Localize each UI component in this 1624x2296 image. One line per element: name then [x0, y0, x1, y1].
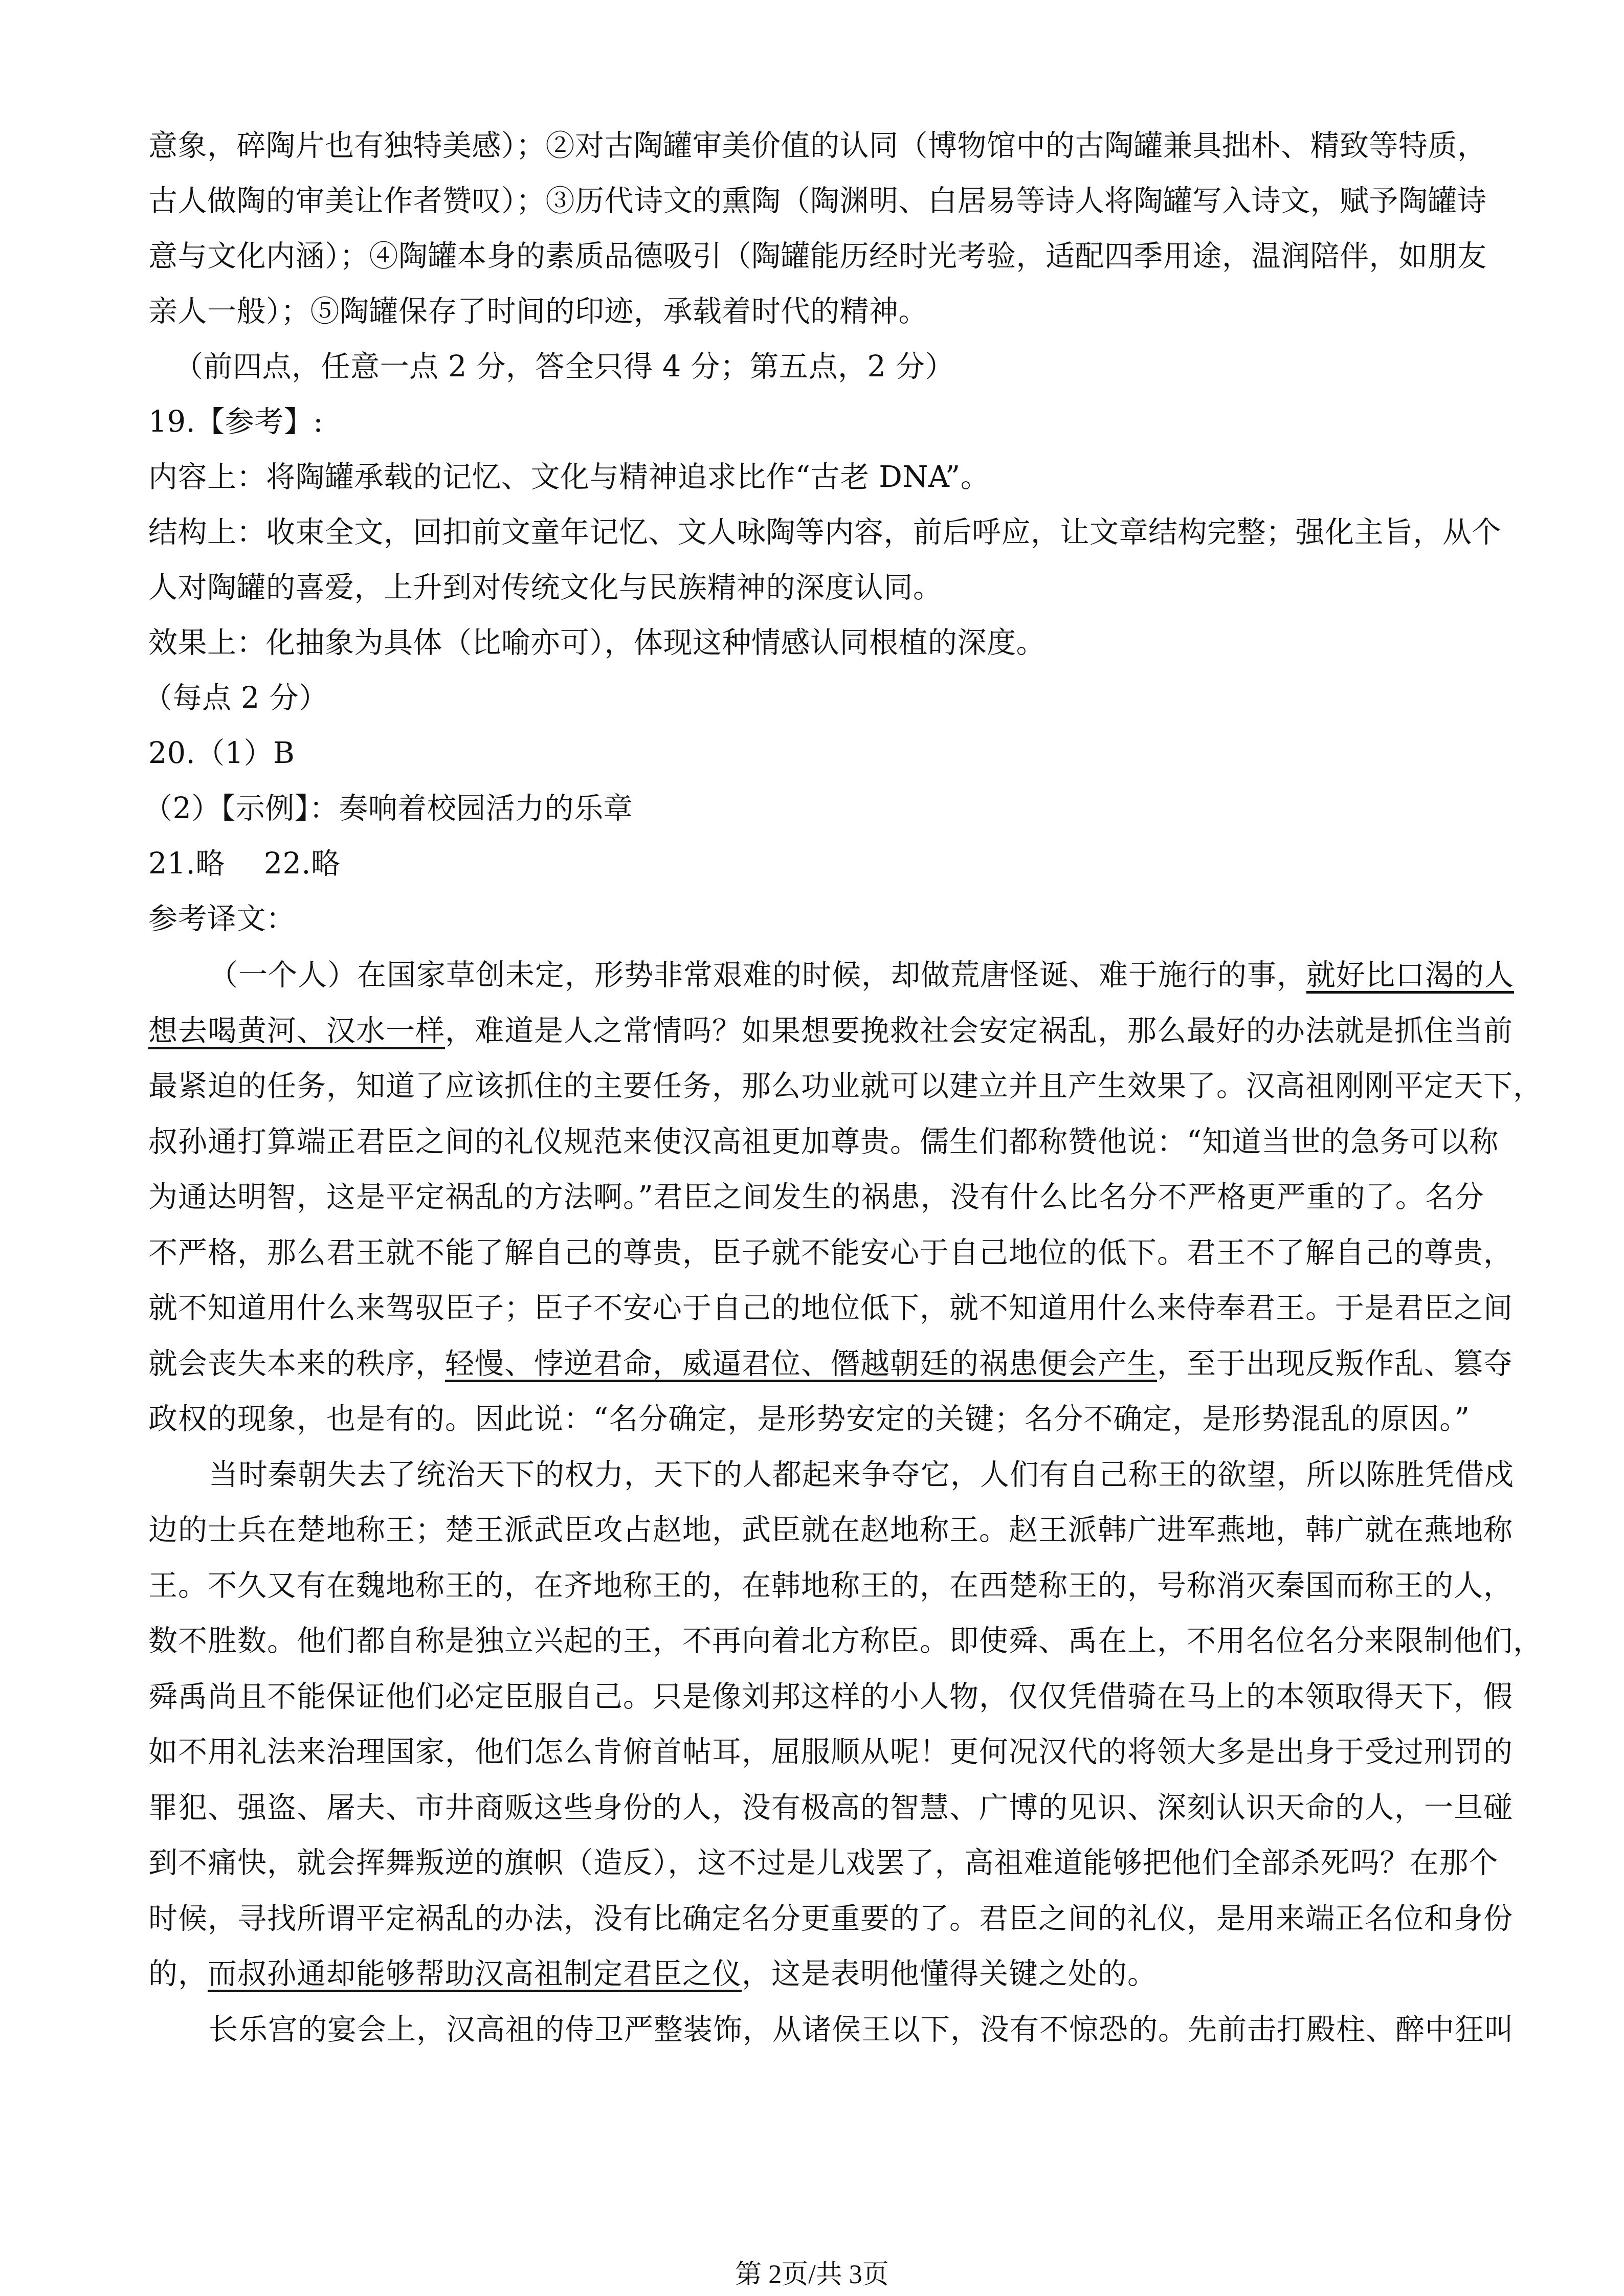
- q18-scoring-note: （前四点，任意一点 2 分，答全只得 4 分；第五点，2 分）: [174, 349, 1504, 385]
- text-segment: ，至于出现反叛作乱、篡夺: [1157, 1347, 1513, 1381]
- translation-p1-line: 为通达明智，这是平定祸乱的方法啊。”君臣之间发生的祸患，没有什么比名分不严格更严…: [148, 1179, 1478, 1215]
- q19-structure-line-2: 人对陶罐的喜爱，上升到对传统文化与民族精神的深度认同。: [148, 570, 1478, 605]
- translation-p1-line: 政权的现象，也是有的。因此说：“名分确定，是形势安定的关键；名分不确定，是形势混…: [148, 1401, 1478, 1437]
- underlined-key-sentence: 而叔孙通却能够帮助汉高祖制定君臣之仪: [208, 1957, 742, 1991]
- translation-p2-line: 如不用礼法来治理国家，他们怎么肯俯首帖耳，屈服顺从呢！更何况汉代的将领大多是出身…: [148, 1734, 1478, 1770]
- q18-answer-line-4: 亲人一般）；⑤陶罐保存了时间的印迹，承载着时代的精神。: [148, 294, 1478, 329]
- q19-structure-line-1: 结构上：收束全文，回扣前文童年记忆、文人咏陶等内容，前后呼应，让文章结构完整；强…: [148, 514, 1478, 550]
- text-segment: 边的士兵在楚地称王；楚王派武臣攻占赵地，武臣就在赵地称王。赵王派韩广进军燕地，韩…: [148, 1513, 1513, 1547]
- underlined-key-sentence: 轻慢、悖逆君命，威逼君位、僭越朝廷的祸患便会产生: [445, 1347, 1157, 1381]
- text-segment: 就不知道用什么来驾驭臣子；臣子不安心于自己的地位低下，就不知道用什么来侍奉君王。…: [148, 1291, 1513, 1325]
- translation-p2-line: 罪犯、强盗、屠夫、市井商贩这些身份的人，没有极高的智慧、广博的见识、深刻认识天命…: [148, 1790, 1478, 1826]
- text-segment: 罪犯、强盗、屠夫、市井商贩这些身份的人，没有极高的智慧、广博的见识、深刻认识天命…: [148, 1791, 1513, 1825]
- text-segment: 为通达明智，这是平定祸乱的方法啊。”君臣之间发生的祸患，没有什么比名分不严格更严…: [148, 1180, 1484, 1214]
- q20-part1: 20.（1）B: [148, 735, 1478, 771]
- q19-content: 内容上：将陶罐承载的记忆、文化与精神追求比作“古老 DNA”。: [148, 459, 1478, 495]
- translation-heading: 参考译文：: [148, 901, 1478, 937]
- text-segment: 王。不久又有在魏地称王的，在齐地称王的，在韩地称王的，在西楚称王的，号称消灭秦国…: [148, 1569, 1513, 1603]
- text-segment: 到不痛快，就会挥舞叛逆的旗帜（造反），这不过是儿戏罢了，高祖难道能够把他们全部杀…: [148, 1846, 1499, 1880]
- translation-p2-line: 舜禹尚且不能保证他们必定臣服自己。只是像刘邦这样的小人物，仅仅凭借骑在马上的本领…: [148, 1679, 1478, 1715]
- translation-p2-line: 时候，寻找所谓平定祸乱的办法，没有比确定名分更重要的了。君臣之间的礼仪，是用来端…: [148, 1901, 1478, 1937]
- translation-p1-line: 不严格，那么君王就不能了解自己的尊贵，臣子就不能安心于自己地位的低下。君王不了解…: [148, 1235, 1478, 1271]
- text-segment: 舜禹尚且不能保证他们必定臣服自己。只是像刘邦这样的小人物，仅仅凭借骑在马上的本领…: [148, 1680, 1513, 1714]
- translation-p1-line: 叔孙通打算端正君臣之间的礼仪规范来使汉高祖更加尊贵。儒生们都称赞他说：“知道当世…: [148, 1124, 1478, 1160]
- q21-q22: 21.略 22.略: [148, 846, 1478, 882]
- translation-p2-line: 的，而叔孙通却能够帮助汉高祖制定君臣之仪，这是表明他懂得关键之处的。: [148, 1956, 1478, 1992]
- text-segment: 不严格，那么君王就不能了解自己的尊贵，臣子就不能安心于自己地位的低下。君王不了解…: [148, 1236, 1513, 1270]
- translation-p1-line: （一个人）在国家草创未定，形势非常艰难的时候，却做荒唐怪诞、难于施行的事，就好比…: [209, 957, 1478, 993]
- q19-scoring-note: （每点 2 分）: [143, 680, 1473, 716]
- text-segment: 时候，寻找所谓平定祸乱的办法，没有比确定名分更重要的了。君臣之间的礼仪，是用来端…: [148, 1902, 1513, 1935]
- translation-p2-line: 王。不久又有在魏地称王的，在齐地称王的，在韩地称王的，在西楚称王的，号称消灭秦国…: [148, 1568, 1478, 1604]
- q19-heading: 19.【参考】:: [148, 404, 1478, 440]
- translation-p1-line: 最紧迫的任务，知道了应该抓住的主要任务，那么功业就可以建立并且产生效果了。汉高祖…: [148, 1068, 1478, 1104]
- text-segment: 政权的现象，也是有的。因此说：“名分确定，是形势安定的关键；名分不确定，是形势混…: [148, 1402, 1470, 1436]
- text-segment: 当时秦朝失去了统治天下的权力，天下的人都起来争夺它，人们有自己称王的欲望，所以陈…: [209, 1458, 1514, 1492]
- text-segment: 叔孙通打算端正君臣之间的礼仪规范来使汉高祖更加尊贵。儒生们都称赞他说：“知道当世…: [148, 1125, 1499, 1159]
- text-segment: 最紧迫的任务，知道了应该抓住的主要任务，那么功业就可以建立并且产生效果了。汉高祖…: [148, 1069, 1543, 1103]
- text-segment: ，难道是人之常情吗？如果想要挽救社会安定祸乱，那么最好的办法就是抓住当前: [445, 1014, 1513, 1048]
- translation-p3-line: 长乐宫的宴会上，汉高祖的侍卫严整装饰，从诸侯王以下，没有不惊恐的。先前击打殿柱、…: [209, 2012, 1478, 2047]
- document-page: 意象，碎陶片也有独特美感）；②对古陶罐审美价值的认同（博物馆中的古陶罐兼具拙朴、…: [0, 0, 1624, 2296]
- translation-p1-line: 就不知道用什么来驾驭臣子；臣子不安心于自己的地位低下，就不知道用什么来侍奉君王。…: [148, 1290, 1478, 1326]
- text-segment: 长乐宫的宴会上，汉高祖的侍卫严整装饰，从诸侯王以下，没有不惊恐的。先前击打殿柱、…: [209, 2013, 1514, 2046]
- translation-p2-line: 数不胜数。他们都自称是独立兴起的王，不再向着北方称臣。即使舜、禹在上，不用名位名…: [148, 1623, 1478, 1659]
- underlined-key-sentence: 想去喝黄河、汉水一样: [148, 1014, 445, 1048]
- text-segment: 如不用礼法来治理国家，他们怎么肯俯首帖耳，屈服顺从呢！更何况汉代的将领大多是出身…: [148, 1735, 1513, 1769]
- page-footer: 第 2页/共 3页: [0, 2253, 1624, 2291]
- text-segment: （一个人）在国家草创未定，形势非常艰难的时候，却做荒唐怪诞、难于施行的事，: [209, 958, 1306, 992]
- text-segment: ，这是表明他懂得关键之处的。: [742, 1957, 1157, 1991]
- q18-answer-line-3: 意与文化内涵）；④陶罐本身的素质品德吸引（陶罐能历经时光考验，适配四季用途，温润…: [148, 238, 1478, 274]
- translation-p1-line: 就会丧失本来的秩序，轻慢、悖逆君命，威逼君位、僭越朝廷的祸患便会产生，至于出现反…: [148, 1346, 1478, 1382]
- q19-effect: 效果上：化抽象为具体（比喻亦可），体现这种情感认同根植的深度。: [148, 625, 1478, 661]
- q20-part2: （2）【示例】：奏响着校园活力的乐章: [143, 791, 1473, 826]
- translation-p2-line: 当时秦朝失去了统治天下的权力，天下的人都起来争夺它，人们有自己称王的欲望，所以陈…: [209, 1457, 1478, 1493]
- translation-p2-line: 边的士兵在楚地称王；楚王派武臣攻占赵地，武臣就在赵地称王。赵王派韩广进军燕地，韩…: [148, 1512, 1478, 1548]
- translation-p1-line: 想去喝黄河、汉水一样，难道是人之常情吗？如果想要挽救社会安定祸乱，那么最好的办法…: [148, 1013, 1478, 1049]
- text-segment: 就会丧失本来的秩序，: [148, 1347, 445, 1381]
- q18-answer-line-1: 意象，碎陶片也有独特美感）；②对古陶罐审美价值的认同（博物馆中的古陶罐兼具拙朴、…: [148, 128, 1478, 164]
- underlined-key-sentence: 就好比口渴的人: [1306, 958, 1514, 992]
- text-segment: 的，: [148, 1957, 208, 1991]
- text-segment: 数不胜数。他们都自称是独立兴起的王，不再向着北方称臣。即使舜、禹在上，不用名位名…: [148, 1624, 1543, 1658]
- translation-p2-line: 到不痛快，就会挥舞叛逆的旗帜（造反），这不过是儿戏罢了，高祖难道能够把他们全部杀…: [148, 1845, 1478, 1881]
- q18-answer-line-2: 古人做陶的审美让作者赞叹）；③历代诗文的熏陶（陶渊明、白居易等诗人将陶罐写入诗文…: [148, 183, 1478, 219]
